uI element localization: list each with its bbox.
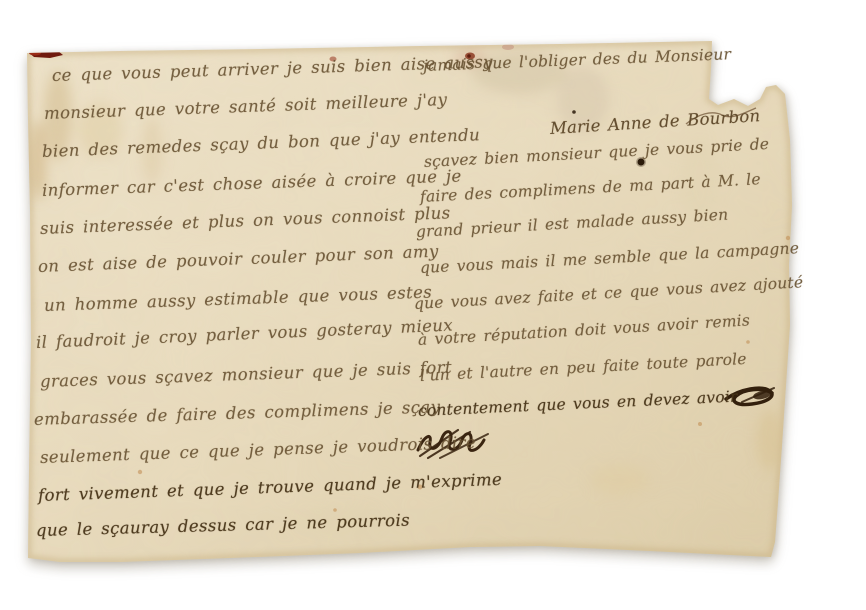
ink-blot (636, 157, 646, 167)
manuscript-paper (0, 0, 866, 610)
ink-dot (572, 110, 576, 114)
paper-aging-texture (0, 0, 866, 610)
photograph-of-manuscript-letter: ce que vous peut arriver je suis bien ai… (0, 0, 866, 610)
